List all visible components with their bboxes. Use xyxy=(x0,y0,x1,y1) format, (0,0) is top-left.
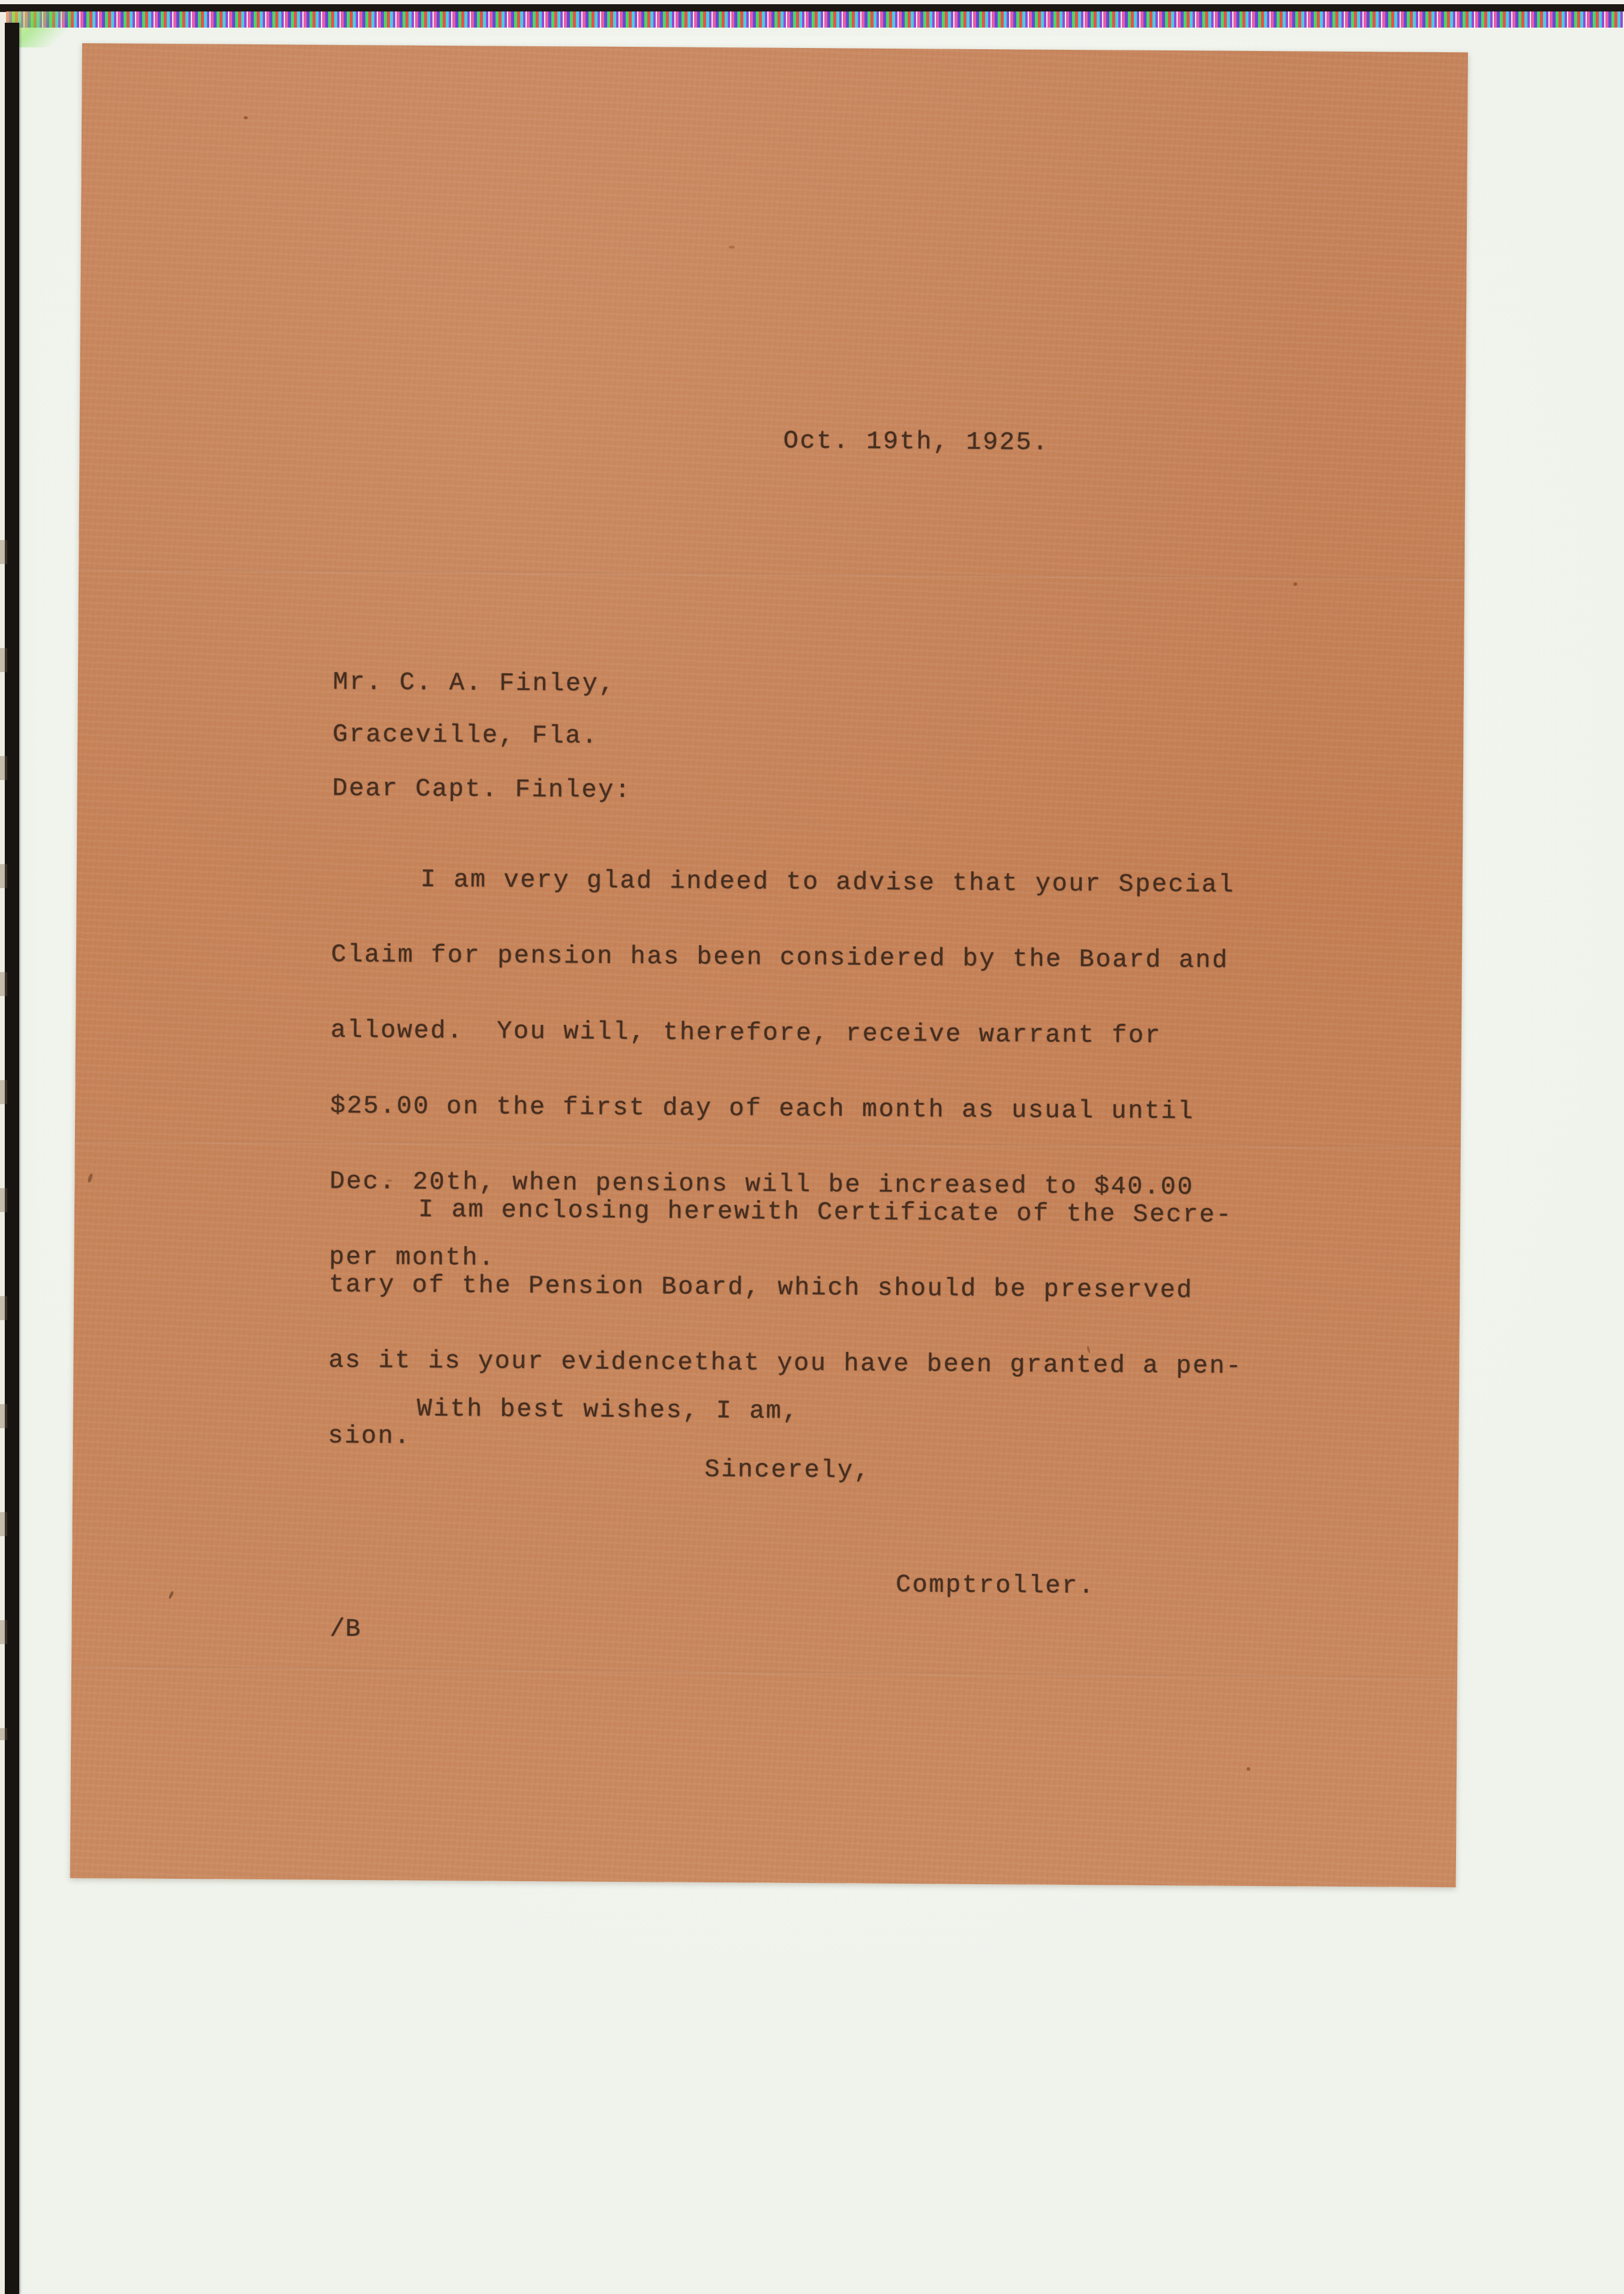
recipient-name: Mr. C. A. Finley, xyxy=(333,655,616,711)
body-paragraph-2: I am enclosing herewith Certificate of t… xyxy=(328,1161,1244,1491)
scanned-document-page: Oct. 19th, 1925. Mr. C. A. Finley, Grace… xyxy=(0,0,1624,2294)
paragraph-line: tary of the Pension Board, which should … xyxy=(329,1258,1243,1318)
typist-initials: /B xyxy=(329,1602,361,1656)
closing-line: With best wishes, I am, xyxy=(417,1382,800,1438)
paper-speck xyxy=(1293,582,1297,586)
pen-mark xyxy=(87,1173,94,1183)
pen-mark xyxy=(168,1591,175,1600)
salutation: Dear Capt. Finley: xyxy=(332,761,631,817)
scanner-calibration-strip xyxy=(6,11,1624,28)
paragraph-line: $25.00 on the first day of each month as… xyxy=(330,1079,1233,1139)
date-line: Oct. 19th, 1925. xyxy=(783,414,1049,470)
paragraph-line: allowed. You will, therefore, receive wa… xyxy=(331,1003,1234,1063)
letter-paper: Oct. 19th, 1925. Mr. C. A. Finley, Grace… xyxy=(70,43,1468,1887)
left-margin-smudges xyxy=(0,540,7,1740)
fold-crease xyxy=(71,1666,1457,1680)
recipient-address: Graceville, Fla. xyxy=(332,707,599,763)
paper-speck xyxy=(244,116,248,119)
paragraph-line: I am very glad indeed to advise that you… xyxy=(331,852,1235,912)
paragraph-line: Claim for pension has been considered by… xyxy=(331,928,1235,988)
fold-crease xyxy=(79,569,1464,580)
paper-speck xyxy=(1247,1767,1250,1771)
paper-speck xyxy=(729,245,735,248)
signature-title: Comptroller. xyxy=(896,1558,1095,1613)
valediction: Sincerely, xyxy=(704,1443,871,1498)
paragraph-line: I am enclosing herewith Certificate of t… xyxy=(329,1182,1244,1242)
